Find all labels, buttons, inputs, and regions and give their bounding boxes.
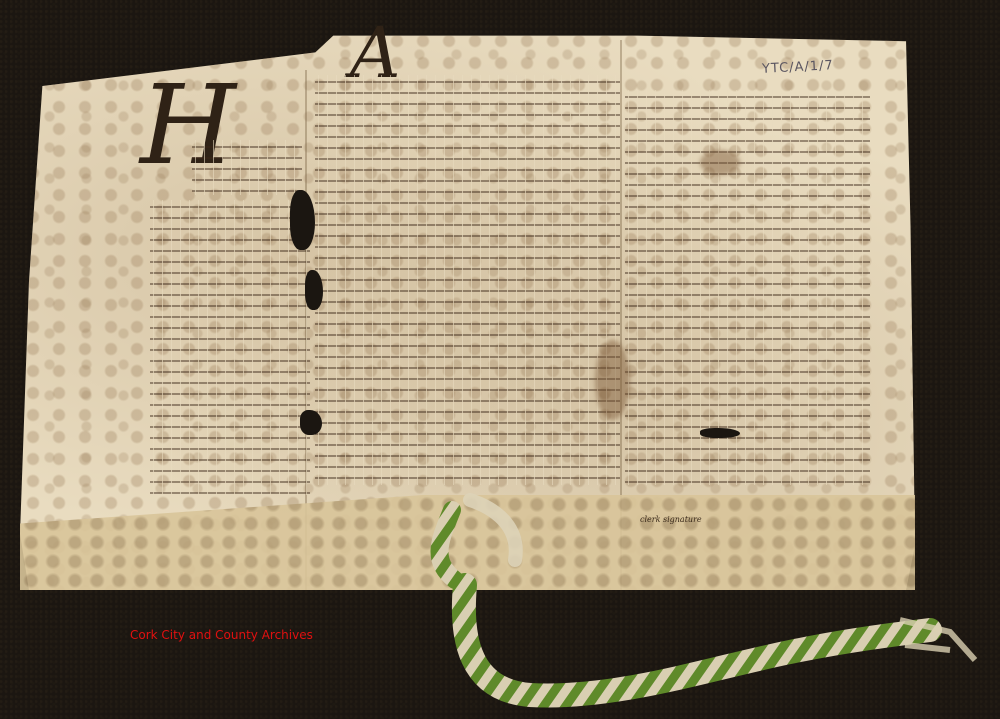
braided-seal-cord (0, 0, 1000, 719)
archive-credit: Cork City and County Archives (130, 628, 313, 642)
